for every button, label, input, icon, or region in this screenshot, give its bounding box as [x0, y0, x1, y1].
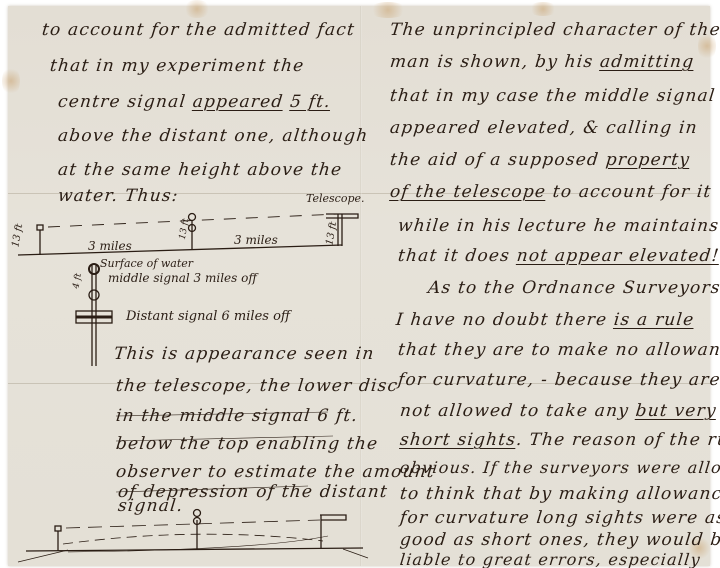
- handwritten-line: for curvature, - because they are: [397, 370, 720, 390]
- water-surface-line: [18, 245, 342, 255]
- handwritten-line: The unprincipled character of the: [389, 20, 720, 40]
- handwritten-line: for curvature long sights were as: [399, 508, 720, 528]
- handwritten-line: good as short ones, they would be: [399, 530, 720, 550]
- handwritten-line: appeared elevated, & calling in: [389, 118, 699, 138]
- handwritten-line: of the telescope to account for it: [389, 182, 713, 202]
- handwritten-line: liable to great errors, especially: [399, 550, 702, 568]
- handwritten-line: As to the Ordnance Surveyors: [427, 278, 720, 298]
- handwritten-line: man is shown, by his admitting: [389, 52, 695, 72]
- underlined-word: admitting: [599, 52, 695, 72]
- handwritten-line: the aid of a supposed property: [389, 150, 691, 170]
- underlined-word: property: [605, 150, 691, 170]
- underlined-word: of the telescope: [389, 182, 547, 202]
- handwritten-line: that it does not appear elevated!: [397, 246, 720, 266]
- handwritten-line: to think that by making allowance: [399, 484, 720, 504]
- underlined-word: is a rule: [613, 310, 696, 330]
- underlined-word: short sights: [399, 430, 517, 450]
- underlined-word: but very: [635, 401, 718, 421]
- handwritten-line: while in his lecture he maintains: [397, 216, 720, 236]
- handwritten-line: short sights. The reason of the rule is: [399, 430, 720, 450]
- handwritten-line: that in my case the middle signal: [389, 86, 717, 106]
- horizon-line: [26, 548, 363, 551]
- letter-sheet: to account for the admitted fact that in…: [8, 6, 710, 566]
- handwritten-line: I have no doubt there is a rule: [395, 310, 695, 330]
- underlined-word: not appear elevated!: [516, 246, 720, 266]
- handwritten-line: that they are to make no allowance: [397, 340, 720, 360]
- handwritten-line: obvious. If the surveyors were allowed: [399, 458, 720, 477]
- handwritten-line: not allowed to take any but very: [399, 401, 718, 421]
